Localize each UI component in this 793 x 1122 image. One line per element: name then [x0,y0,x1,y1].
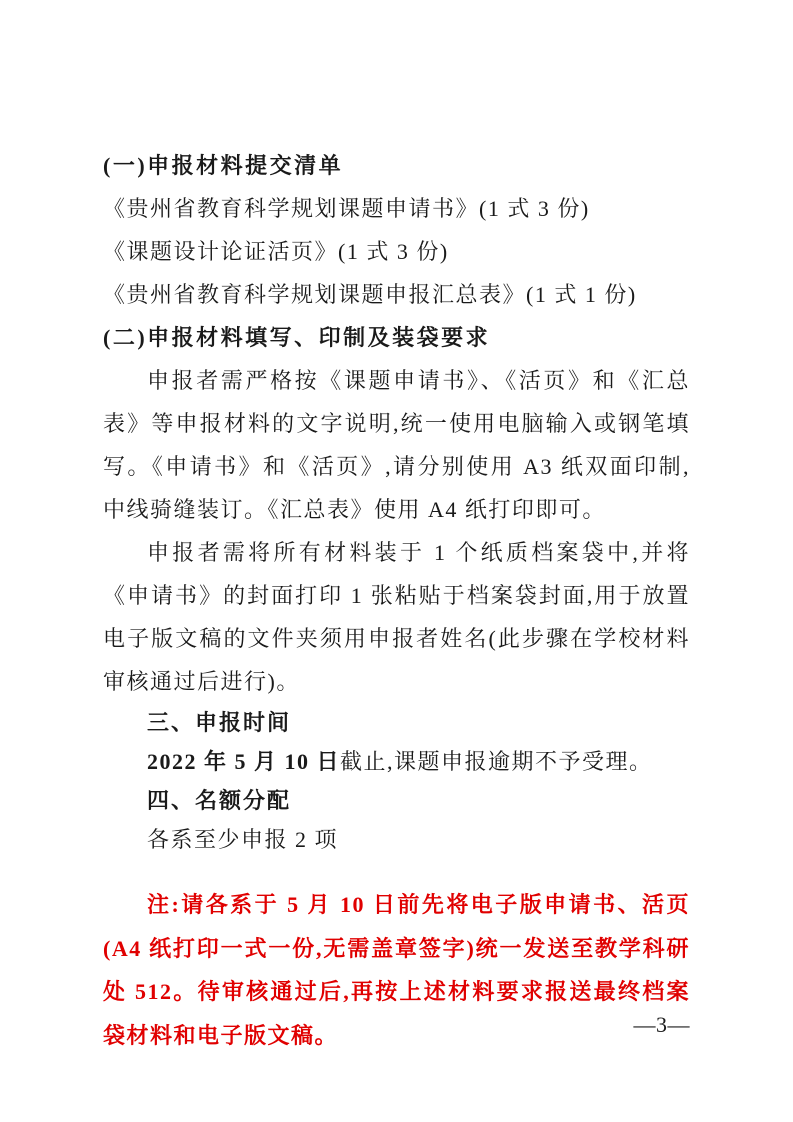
paragraph-filling-printing: 申报者需严格按《课题申请书》、《活页》和《汇总表》等申报材料的文字说明,统一使用… [103,359,690,531]
paragraph-bagging: 申报者需将所有材料装于 1 个纸质档案袋中,并将《申请书》的封面打印 1 张粘贴… [103,531,690,703]
deadline-rest: 截止,课题申报逾期不予受理。 [340,749,653,774]
section-heading-quota-allocation: 四、名额分配 [103,781,690,820]
page-number: —3— [634,1012,691,1038]
document-content: (一)申报材料提交清单 《贵州省教育科学规划课题申请书》(1 式 3 份) 《课… [103,144,690,1057]
section-heading-filling-requirements: (二)申报材料填写、印制及装袋要求 [103,316,690,359]
document-page: (一)申报材料提交清单 《贵州省教育科学规划课题申请书》(1 式 3 份) 《课… [0,0,793,1122]
section-heading-submission-list: (一)申报材料提交清单 [103,144,690,187]
list-item-summary-table: 《贵州省教育科学规划课题申报汇总表》(1 式 1 份) [103,273,690,316]
quota-line: 各系至少申报 2 项 [103,820,690,859]
deadline-line: 2022 年 5 月 10 日截止,课题申报逾期不予受理。 [103,742,690,781]
list-item-design-argument-sheet: 《课题设计论证活页》(1 式 3 份) [103,230,690,273]
note-paragraph: 注:请各系于 5 月 10 日前先将电子版申请书、活页(A4 纸打印一式一份,无… [103,883,690,1057]
section-heading-application-time: 三、申报时间 [103,703,690,742]
deadline-date: 2022 年 5 月 10 日 [147,749,340,774]
list-item-application-form: 《贵州省教育科学规划课题申请书》(1 式 3 份) [103,187,690,230]
